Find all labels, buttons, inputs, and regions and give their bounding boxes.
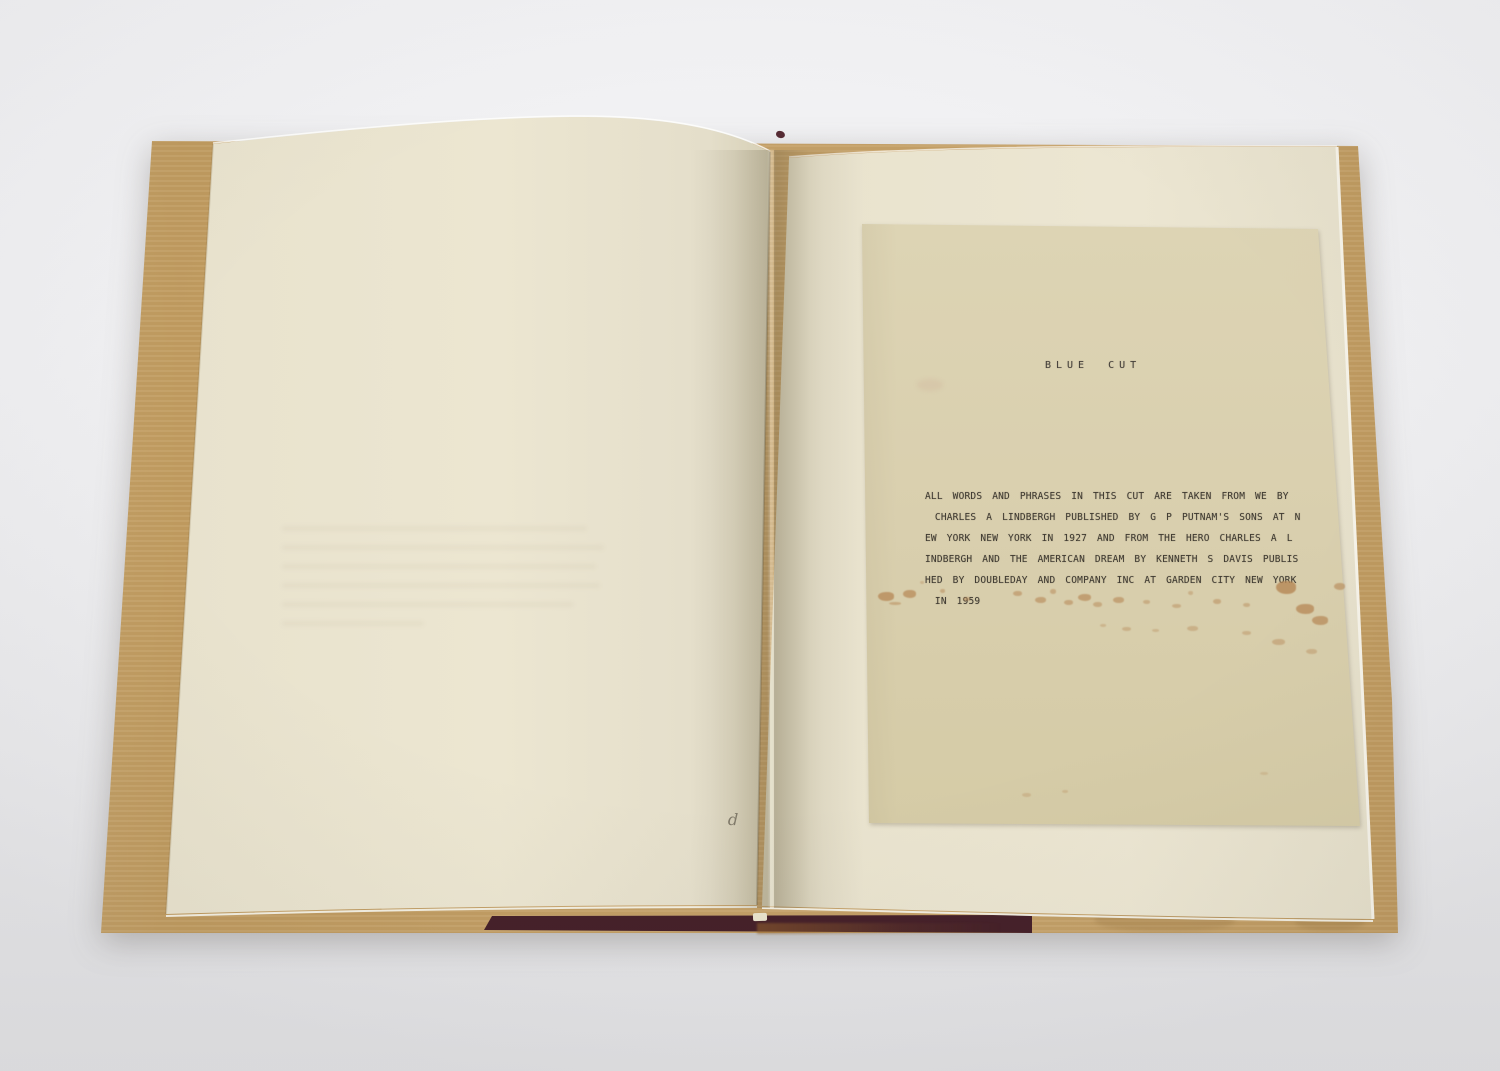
showthrough-line (282, 583, 600, 588)
typed-line: IN 1959 (925, 591, 1301, 612)
showthrough-line (282, 545, 604, 550)
showthrough-line (282, 526, 587, 531)
typed-line: HED BY DOUBLEDAY AND COMPANY INC AT GARD… (925, 570, 1301, 591)
showthrough-line (282, 564, 596, 569)
typed-sheet: BLUE CUT ALL WORDS AND PHRASES IN THIS C… (862, 224, 1362, 828)
showthrough-line (282, 602, 574, 607)
typed-line: CHARLES A LINDBERGH PUBLISHED BY G P PUT… (925, 507, 1301, 528)
left-page-showthrough (282, 526, 604, 640)
page-signature-mark: d (728, 810, 739, 829)
typed-line: INDBERGH AND THE AMERICAN DREAM BY KENNE… (925, 549, 1301, 570)
sheet-title: BLUE CUT (1045, 360, 1141, 371)
showthrough-line (282, 621, 424, 626)
typed-paragraph: ALL WORDS AND PHRASES IN THIS CUT ARE TA… (925, 486, 1301, 612)
left-page (166, 117, 770, 914)
typed-line: EW YORK NEW YORK IN 1927 AND FROM THE HE… (925, 528, 1301, 549)
typed-sheet-wrap: BLUE CUT ALL WORDS AND PHRASES IN THIS C… (862, 224, 1362, 828)
sheet-pink-smudge (917, 379, 943, 391)
typed-line: ALL WORDS AND PHRASES IN THIS CUT ARE TA… (925, 486, 1301, 507)
photo-scene: d BLUE CUT ALL WORDS AND PHRASES IN THIS… (0, 0, 1500, 1071)
